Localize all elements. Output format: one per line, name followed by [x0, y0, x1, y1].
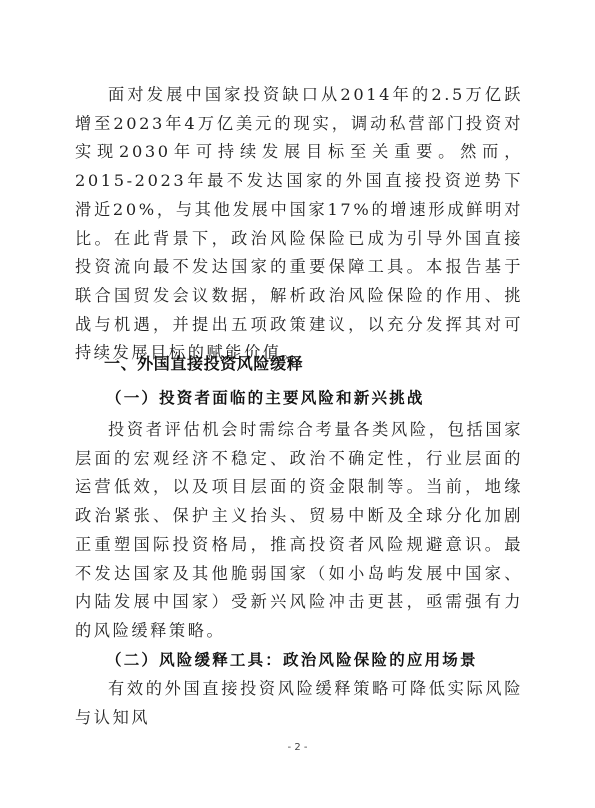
section-heading-1: 一、外国直接投资风险缓释 — [104, 351, 303, 374]
document-page: 面对发展中国家投资缺口从2014年的2.5万亿跃增至2023年4万亿美元的现实，… — [0, 0, 595, 808]
tools-paragraph: 有效的外国直接投资风险缓释策略可降低实际风险与认知风 — [75, 675, 523, 732]
subsection-heading-1: （一）投资者面临的主要风险和新兴挑战 — [106, 386, 425, 408]
subsection-heading-2: （二）风险缓释工具：政治风险保险的应用场景 — [106, 648, 478, 670]
risks-paragraph: 投资者评估机会时需综合考量各类风险，包括国家层面的宏观经济不稳定、政治不确定性，… — [75, 416, 523, 646]
page-number: - 2 - — [0, 742, 595, 753]
intro-paragraph: 面对发展中国家投资缺口从2014年的2.5万亿跃增至2023年4万亿美元的现实，… — [75, 81, 523, 368]
